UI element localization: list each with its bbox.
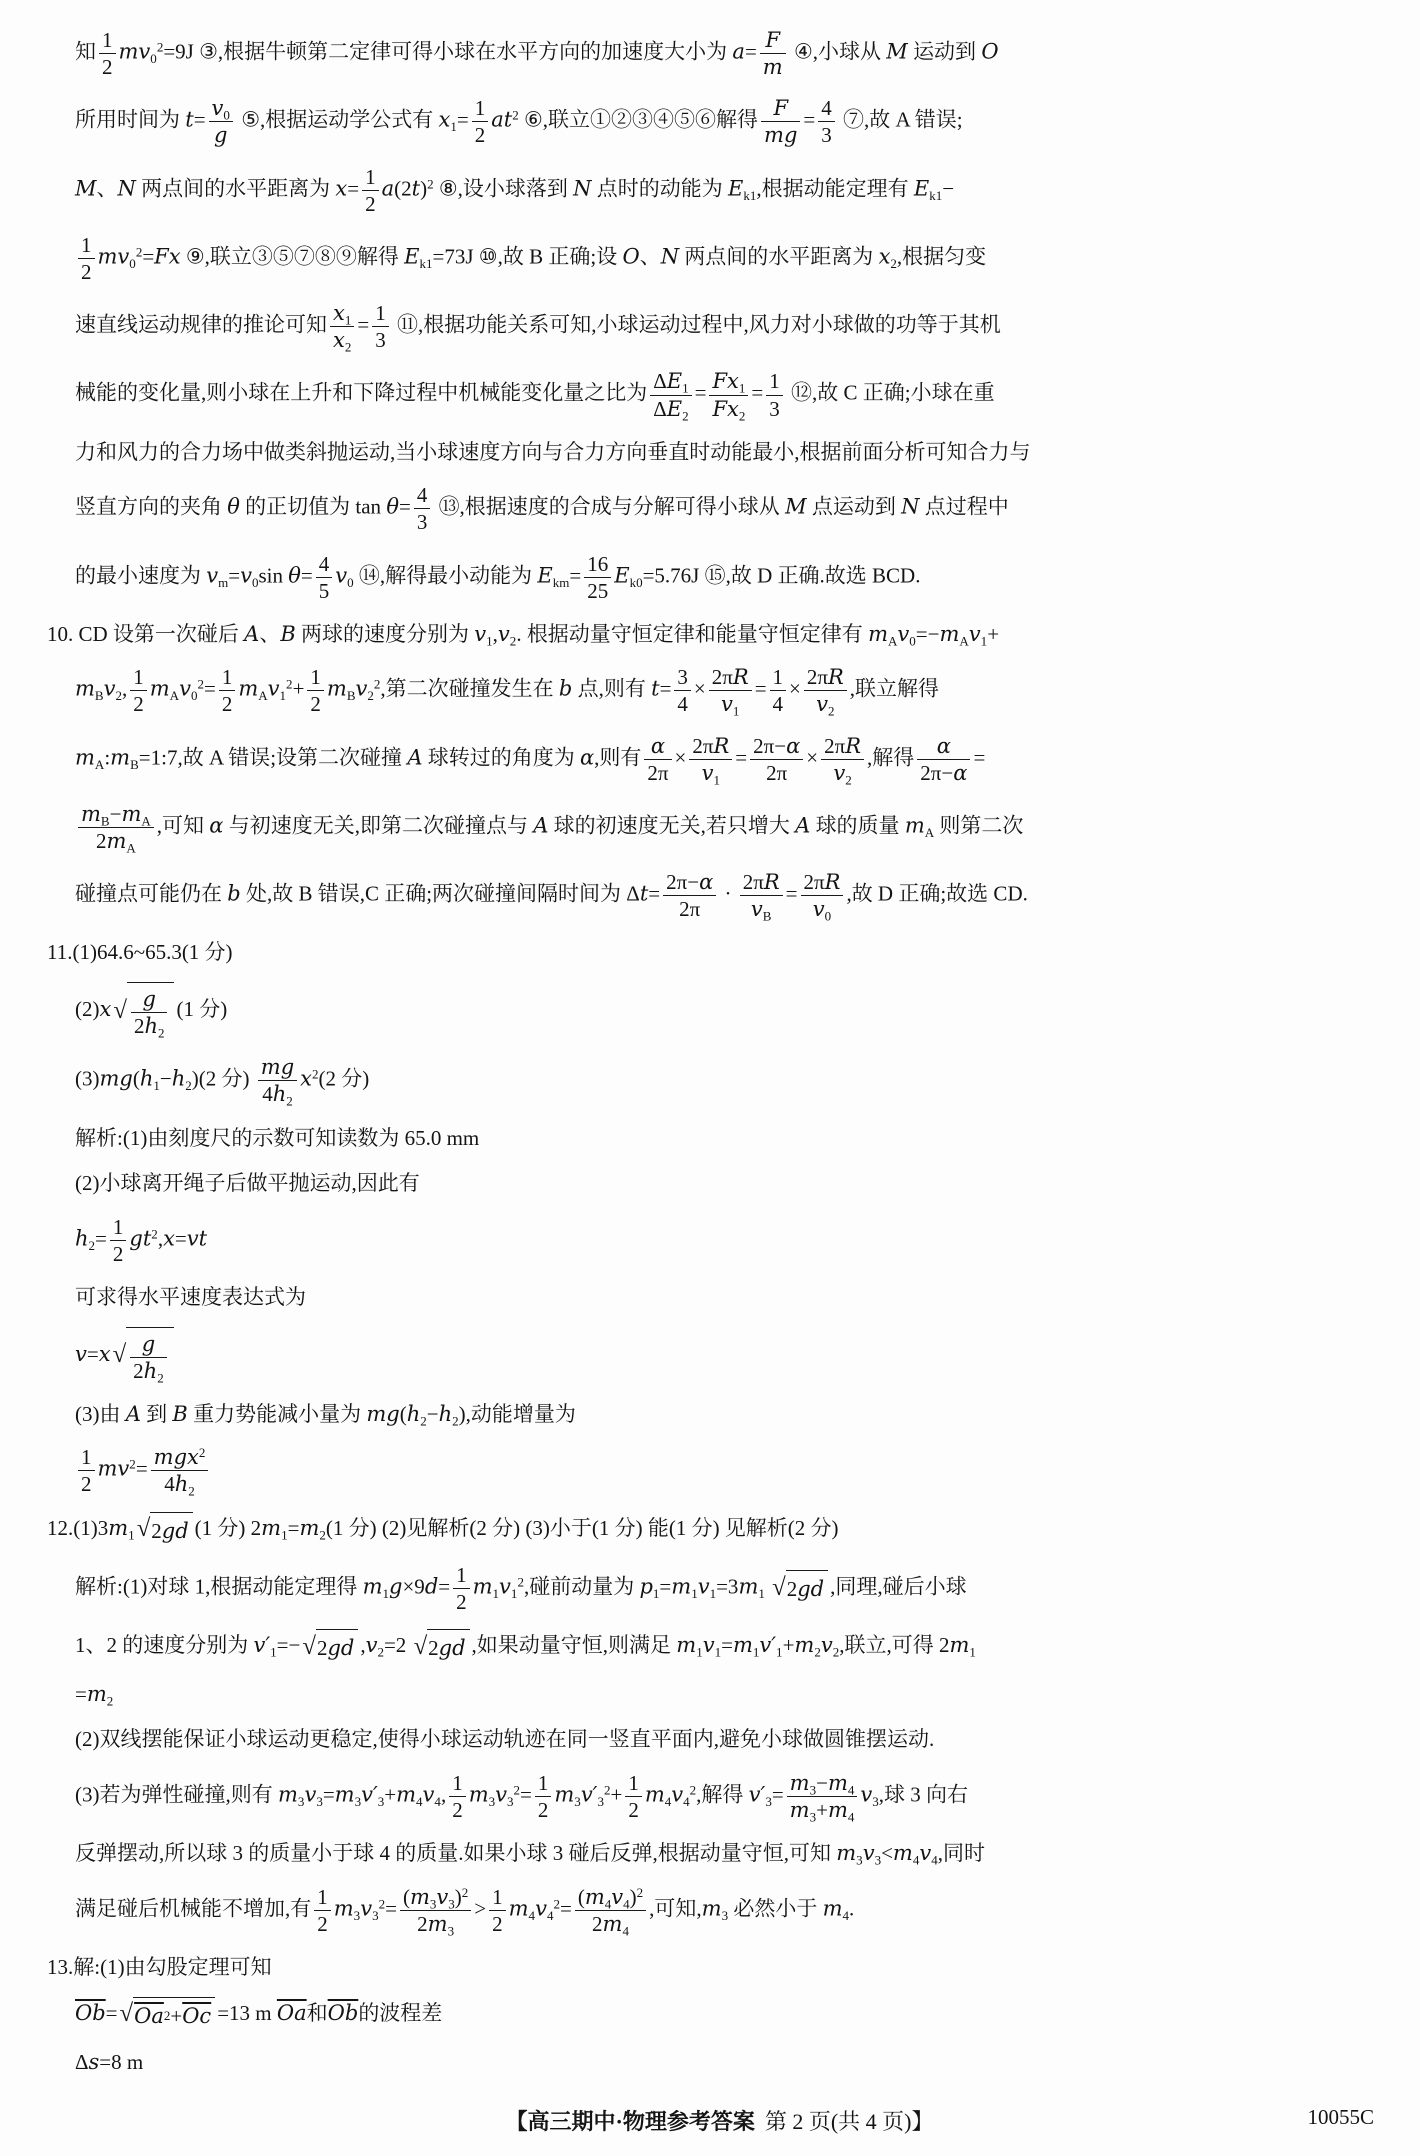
text-line: 械能的变化量,则小球在上升和下降过程中机械能变化量之比为ΔE1ΔE2=Fx1Fx… [75,367,1392,422]
text-line: Ob=√Oa2+Oc=13 m Oa和Ob的波程差 [75,1997,1392,2033]
text-line: 满足碰后机械能不增加,有12m3v32=(m3v3)22m3>12m4v42=(… [75,1883,1392,1938]
text-line: (2)x√g2h2(1 分) [75,982,1392,1040]
answer-item-line: 12.(1)3m1√2gd(1 分) 2m1=m2(1 分) (2)见解析(2 … [47,1512,1392,1548]
text-line: (3)mg(h1−h2)(2 分) mg4h2x2(2 分) [75,1053,1392,1108]
text-line: mB−mA2mA,可知 α 与初速度无关,即第二次碰撞点与 A 球的初速度无关,… [75,800,1392,855]
text-line: 力和风力的合力场中做类斜抛运动,当小球速度方向与合力方向垂直时动能最小,根据前面… [75,436,1392,469]
text-line: 竖直方向的夹角 θ 的正切值为 tan θ=43 ⑬,根据速度的合成与分解可得小… [75,481,1392,536]
text-line: 速直线运动规律的推论可知x1x2=13 ⑪,根据功能关系可知,小球运动过程中,风… [75,299,1392,354]
text-line: 反弹摆动,所以球 3 的质量小于球 4 的质量.如果小球 3 碰后反弹,根据动量… [75,1837,1392,1870]
text-line: (2)小球离开绳子后做平抛运动,因此有 [75,1167,1392,1200]
text-line: 碰撞点可能仍在 b 处,故 B 错误,C 正确;两次碰撞间隔时间为 Δt=2π−… [75,868,1392,923]
page-footer: 【高三期中·物理参考答案 第 2 页(共 4 页)】 10055C [47,2091,1392,2142]
answer-item-line: 13.解:(1)由勾股定理可知 [47,1951,1392,1984]
text-line: 12mv02=Fx ⑨,联立③⑤⑦⑧⑨解得 Ek1=73J ⑩,故 B 正确;设… [75,231,1392,286]
text-line: mA:mB=1:7,故 A 错误;设第二次碰撞 A 球转过的角度为 α,则有α2… [75,732,1392,787]
text-line: (2)双线摆能保证小球运动更稳定,使得小球运动轨迹在同一竖直平面内,避免小球做圆… [75,1723,1392,1756]
text-line: h2=12gt2,x=vt [75,1213,1392,1268]
footer-title: 【高三期中·物理参考答案 [506,2105,755,2136]
answer-content: 知12mv02=9J ③,根据牛顿第二定律可得小球在水平方向的加速度大小为 a=… [47,26,1392,2091]
text-line: (3)若为弹性碰撞,则有 m3v3=m3v′3+m4v4,12m3v32=12m… [75,1769,1392,1824]
text-line: 1、2 的速度分别为 v′1=−√2gd,v2=2 √2gd,如果动量守恒,则满… [75,1629,1392,1665]
answer-key-page: 知12mv02=9J ③,根据牛顿第二定律可得小球在水平方向的加速度大小为 a=… [0,0,1420,2156]
text-line: 知12mv02=9J ③,根据牛顿第二定律可得小球在水平方向的加速度大小为 a=… [75,26,1392,81]
text-line: Δs=8 m [75,2046,1392,2079]
paper-code: 10055C [1307,2105,1374,2130]
text-line: 所用时间为 t=v0g ⑤,根据运动学公式有 x1=12at2 ⑥,联立①②③④… [75,94,1392,149]
text-line: 可求得水平速度表达式为 [75,1281,1392,1314]
text-line: M、N 两点间的水平距离为 x=12a(2t)2 ⑧,设小球落到 N 点时的动能… [75,163,1392,218]
text-line: 解析:(1)对球 1,根据动能定理得 m1g×9d=12m1v12,碰前动量为 … [75,1561,1392,1616]
text-line: mBv2,12mAv02=12mAv12+12mBv22,第二次碰撞发生在 b … [75,663,1392,718]
answer-item-line: 10. CD 设第一次碰后 A、B 两球的速度分别为 v1,v2. 根据动量守恒… [47,618,1392,651]
text-line: v=x√g2h2 [75,1327,1392,1385]
text-line: 的最小速度为 vm=v0sin θ=45v0 ⑭,解得最小动能为 Ekm=162… [75,550,1392,605]
footer-page-number: 第 2 页(共 4 页)】 [765,2105,934,2136]
text-line: 解析:(1)由刻度尺的示数可知读数为 65.0 mm [75,1122,1392,1155]
answer-item-line: 11.(1)64.6~65.3(1 分) [47,936,1392,969]
text-line: (3)由 A 到 B 重力势能减小量为 mg(h2−h2),动能增量为 [75,1398,1392,1431]
text-line: 12mv2=mgx24h2 [75,1443,1392,1498]
text-line: =m2 [75,1678,1392,1711]
